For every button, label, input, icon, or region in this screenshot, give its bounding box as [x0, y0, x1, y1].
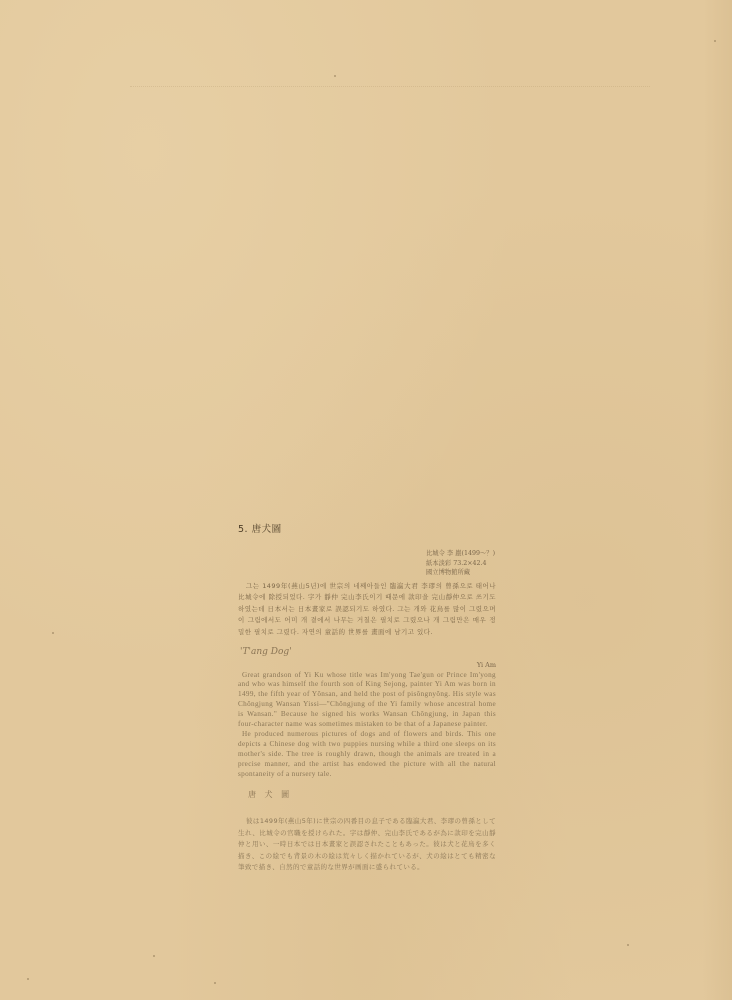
- caption-medium-size: 紙本淡彩 73.2×42.4: [426, 559, 496, 569]
- english-title: 'T'ang Dog': [240, 647, 496, 657]
- paper-speck: [52, 632, 54, 634]
- paper-speck: [153, 955, 155, 957]
- paper-speck: [627, 944, 629, 946]
- paper-speck: [214, 982, 216, 984]
- korean-description: 그는 1499年(燕山5년)에 世宗의 네째아들인 臨瀛大君 李璆의 曾孫으로 …: [238, 581, 496, 639]
- entry-heading: 5. 唐犬圖: [238, 521, 496, 535]
- japanese-title: 唐 犬 圖: [248, 789, 496, 800]
- paper-speck: [334, 75, 336, 77]
- paper-speck: [27, 978, 29, 980]
- english-paragraph: Great grandson of Yi Ku whose title was …: [238, 671, 496, 730]
- entry-number: 5.: [238, 524, 248, 535]
- artwork-caption: 比城令 李 巖(1499～？) 紙本淡彩 73.2×42.4 國立博物館所藏: [426, 549, 496, 578]
- entry-title-hanja: 唐犬圖: [252, 524, 282, 535]
- caption-collection: 國立博物館所藏: [426, 568, 496, 578]
- bleed-through-mark: [130, 86, 650, 95]
- english-description: Great grandson of Yi Ku whose title was …: [238, 671, 496, 780]
- scanned-page: 5. 唐犬圖 比城令 李 巖(1499～？) 紙本淡彩 73.2×42.4 國立…: [0, 0, 732, 1000]
- paper-speck: [714, 40, 716, 42]
- artist-name-english: Yi Am: [238, 661, 496, 671]
- catalogue-entry: 5. 唐犬圖 比城令 李 巖(1499～？) 紙本淡彩 73.2×42.4 國立…: [238, 521, 496, 874]
- english-paragraph: He produced numerous pictures of dogs an…: [238, 730, 496, 780]
- caption-artist: 比城令 李 巖(1499～？): [426, 549, 496, 559]
- japanese-description: 彼は1499年(燕山5年)に世宗の四番目の息子である臨瀛大君、李璆の曾孫として生…: [238, 816, 496, 874]
